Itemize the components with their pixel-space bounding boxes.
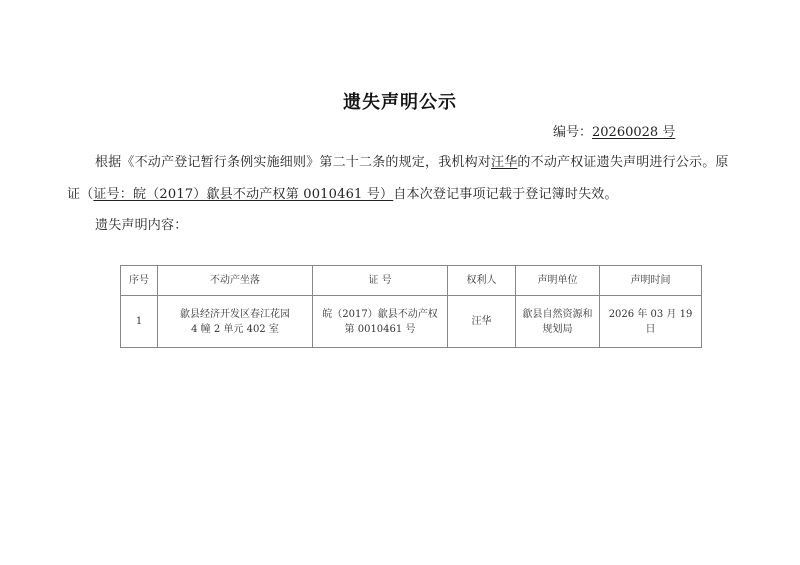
certificate-line-2: 第 0010461 号 xyxy=(317,322,443,337)
cell-certificate: 皖（2017）歙县不动产权 第 0010461 号 xyxy=(313,296,448,348)
location-line-1: 歙县经济开发区春江花园 xyxy=(162,307,308,322)
unit-line-2: 规划局 xyxy=(520,322,595,337)
loss-declaration-table: 序号 不动产坐落 证 号 权利人 声明单位 声明时间 1 歙县经济开发区春江花园… xyxy=(120,265,702,348)
certificate-line-1: 皖（2017）歙县不动产权 xyxy=(317,307,443,322)
table-row: 1 歙县经济开发区春江花园 4 幢 2 单元 402 室 皖（2017）歙县不动… xyxy=(121,296,702,348)
header-owner: 权利人 xyxy=(448,266,516,296)
header-declaring-unit: 声明单位 xyxy=(516,266,600,296)
cell-declaring-unit: 歙县自然资源和 规划局 xyxy=(516,296,600,348)
document-number-label: 编号： xyxy=(553,125,592,140)
document-title: 遗失声明公示 xyxy=(0,88,800,114)
content-label: 遗失声明内容： xyxy=(95,214,187,233)
paragraph1-suffix: 的不动产权证遗失声明进行公示。原 xyxy=(517,155,728,170)
paragraph2-prefix: 证（ xyxy=(67,187,93,202)
paragraph2-certificate: 证号：皖（2017）歙县不动产权第 0010461 号） xyxy=(93,187,393,202)
header-index: 序号 xyxy=(121,266,158,296)
unit-line-1: 歙县自然资源和 xyxy=(520,307,595,322)
cell-location: 歙县经济开发区春江花园 4 幢 2 单元 402 室 xyxy=(158,296,313,348)
paragraph1-owner: 汪华 xyxy=(491,155,517,170)
header-certificate: 证 号 xyxy=(313,266,448,296)
cell-owner: 汪华 xyxy=(448,296,516,348)
cell-index: 1 xyxy=(121,296,158,348)
body-paragraph-line-2: 证（证号：皖（2017）歙县不动产权第 0010461 号）自本次登记事项记载于… xyxy=(67,183,618,202)
location-line-2: 4 幢 2 单元 402 室 xyxy=(162,322,308,337)
table-header-row: 序号 不动产坐落 证 号 权利人 声明单位 声明时间 xyxy=(121,266,702,296)
paragraph2-suffix: 自本次登记事项记载于登记簿时失效。 xyxy=(393,187,617,202)
paragraph1-prefix: 根据《不动产登记暂行条例实施细则》第二十二条的规定，我机构对 xyxy=(95,155,491,170)
header-declaration-date: 声明时间 xyxy=(600,266,702,296)
cell-declaration-date: 2026 年 03 月 19 日 xyxy=(600,296,702,348)
body-paragraph-line-1: 根据《不动产登记暂行条例实施细则》第二十二条的规定，我机构对汪华的不动产权证遗失… xyxy=(95,151,729,170)
header-location: 不动产坐落 xyxy=(158,266,313,296)
document-number: 编号：20260028 号 xyxy=(553,121,675,140)
document-number-value: 20260028 号 xyxy=(592,125,675,140)
